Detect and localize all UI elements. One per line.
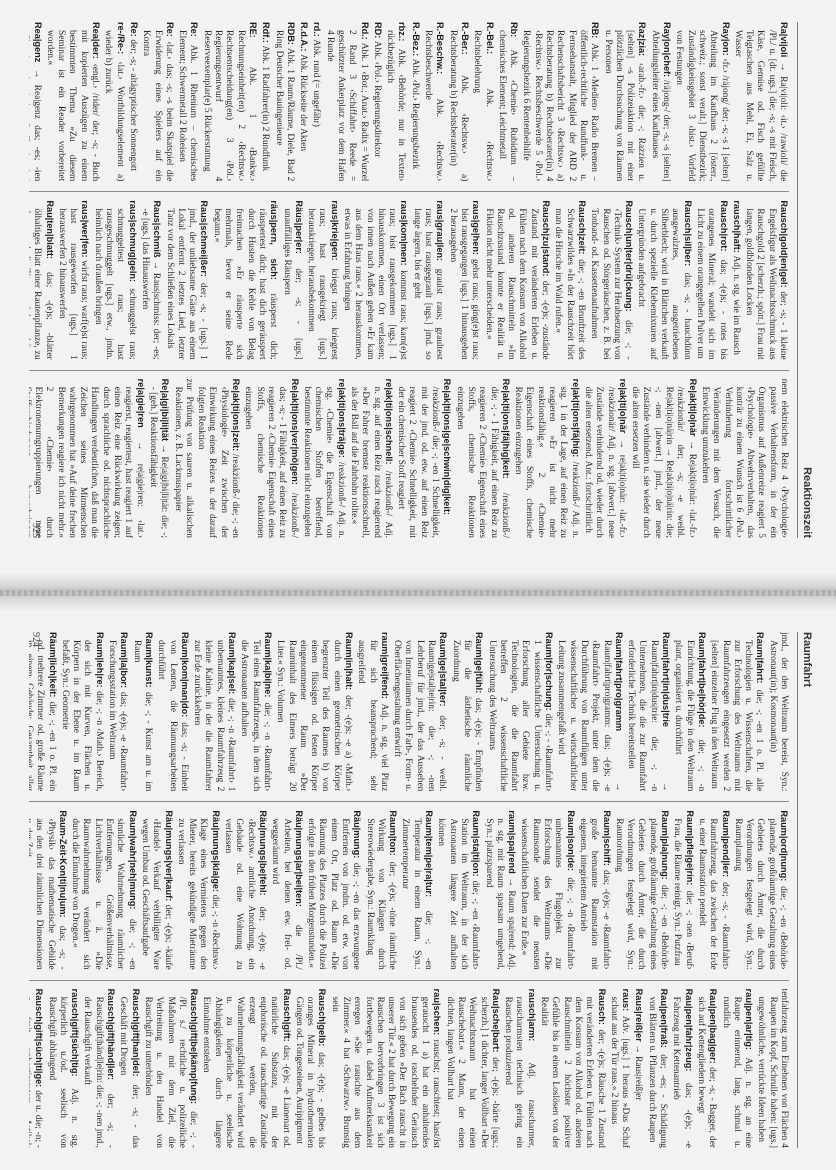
headword: RDB: (286, 22, 296, 48)
dictionary-entry: re|ak|ti|ons|trä|ge: /reakzionß-/ Adj. n… (301, 379, 347, 538)
dictionary-entry: Re|ak|ti|ons|ver|mö|gen: /reakzionß-/ da… (242, 379, 299, 538)
dictionary-entry: Re: Abk. 1 Rhenium – chemisches Element;… (176, 22, 200, 181)
headword: Rausch|un|ter|drü|ckung: (624, 200, 634, 320)
headword: rausch|arm: (527, 989, 537, 1063)
dictionary-entry: Räu|mungs|ar|bei|ten: die /Pl./ Arbeiten… (269, 810, 304, 969)
dictionary-entry: rausch|gift|süch|tig: Adj. n. stg. körpe… (45, 989, 80, 1148)
definition: /reakzionß-/ die; -; -en 1 Schnelligkeit… (396, 387, 440, 538)
dictionary-entry: tenfahrzeug zum Einebnen von Flächen 4 R… (755, 989, 789, 1148)
page-content: Raumfahrt jmd., der den Weltraum bereist… (26, 632, 816, 1148)
headword: rausch|haft: (732, 200, 742, 255)
headword: Rau|ten|blatt: (45, 200, 55, 272)
dictionary-entry: Re|ak|ti|ons|ge|schwin|dig|keit: /reakzi… (395, 379, 452, 538)
definition: Abk. 1 Raum/Räume, Diele, Bad 2 Ring Deu… (274, 30, 295, 181)
dictionary-entry: Räus|per|er: der; -s; - [ugs.] unauffäll… (280, 200, 304, 359)
dictionary-entry: raus|ge|hen: gehst raus; ging(e)st raus;… (446, 200, 481, 359)
dictionary-entry: Raus|schmei|ßer: der; -s; - [ugs.] 1 jmd… (163, 200, 209, 359)
dictionary-entry: Ra|vi|oli → Ra|vi|oli: ‹it.› /rawioli/ d… (732, 22, 789, 181)
dictionary-entry: Raum|fahrt|in|dus|trie → Raum|fahrt|in|d… (625, 632, 671, 791)
definition: Abk. rund (= ungefähr) (311, 39, 321, 127)
dictionary-entry: Raum|fahrt|be|hör|de: die; -; -n Einrich… (672, 632, 707, 791)
dictionary-entry: R.-Ber.: Abk. ‹Rechtsw.› a) Rechtsberatu… (446, 22, 470, 181)
definition: Abk. 1 Rhenium – chemisches Element; Sch… (177, 30, 198, 181)
headword: rbz.: (398, 22, 408, 49)
headword: Raum|sta|ti|on: (471, 810, 481, 880)
dictionary-entry: Raum|wahr|neh|mung: die; -; -en sinnlich… (69, 810, 138, 969)
headword: raus|schmug|geln: (128, 200, 138, 288)
headword: Raum|ge|fühl: (474, 632, 484, 698)
headword: Raum|ton: (388, 810, 398, 861)
column-2: Rausch|gold|en|gel: der; -s; - 1 kleine … (29, 191, 789, 359)
definition: Abk. 1 ‹Medien› Radio Bremen – öffentlic… (521, 30, 599, 181)
running-head: Raumfahrt (797, 632, 816, 1148)
headword: Re|ak|ti|ons|fä|hig|keit: (501, 379, 511, 493)
dictionary-entry: RB: Abk. 1 ‹Medien› Radio Bremen – öffen… (520, 22, 600, 181)
dictionary-entry: raus|wer|fen: wirfst raus; warf(e)st rau… (56, 200, 91, 359)
dictionary-entry: Rau|sche|bart: der; -(e)s; -bärte [ugs.;… (443, 989, 500, 1148)
dictionary-entry: rau|schen: rauschst; rauschtest; hast/is… (328, 989, 442, 1148)
headword: Rausch|gift|be|kämp|fung: (189, 989, 199, 1112)
dictionary-entry: Rausch|rot: das; -(e)s; - rotes bis oran… (694, 200, 729, 359)
dictionary-entry: Raum|ka|bi|ne: die; -; -n ‹Raumfahrt› Te… (238, 632, 273, 791)
dictionary-entry: RDB: Abk. 1 Raum/Räume, Diele, Bad 2 Rin… (272, 22, 296, 181)
dictionary-entry: Raum|leh|re: die; -; -n ‹Math.› Bereich,… (59, 632, 105, 791)
headword: Rau|pen|fraß: (659, 989, 669, 1055)
dictionary-entry: Rea|genz → Rea|genz das; -es; -ien ‹Chem… (29, 22, 43, 181)
headword: Re|a|gi|bi|li|tät (160, 379, 170, 445)
dictionary-entry: zur Prüfung von sauren u. alkalischen Re… (171, 379, 194, 538)
headword: Raus|reiß|er (634, 989, 644, 1045)
headword: Rd.: (360, 22, 370, 43)
dictionary-entry: Rea|der: ‹engl.› /rider/ der; -s; - Buch… (44, 22, 101, 181)
headword: Rausch|sil|ber: (683, 200, 693, 272)
headword: Rausch|gelb: (317, 989, 327, 1053)
dictionary-entry: re-/Re-: ‹lat.› Wortbildungselement a) w… (102, 22, 126, 181)
headword: R.-Beschw.: (435, 22, 445, 99)
dictionary-entry: Raum|pla|nung: die; -; -en ‹Behörde› pla… (613, 810, 670, 969)
page-number: 924 (30, 632, 41, 647)
headword: rau|pen|ar|tig: (744, 989, 754, 1058)
column-2: Raum|ord|nung: die; -; -en ‹Behörde› pla… (29, 801, 789, 969)
headword: Räu|mung: (352, 810, 362, 863)
page-number: 925 (30, 523, 41, 538)
headword: Raum|kap|sel: (227, 632, 237, 698)
definition: ‹lat.› das; -s; -s beim Skatspiel die Er… (141, 30, 174, 181)
dictionary-entry: rau|pen|ar|tig: Adj. n. stg. an eine Rau… (719, 989, 754, 1148)
dictionary-entry: Ray|on: ‹fr.› /räjong/ der; -s; -s 1 [se… (673, 22, 730, 181)
headword: Rausch|gift|süch|ti|ge: (34, 989, 44, 1091)
headword: re|ak|ti|ons|fä|hig: (571, 379, 581, 462)
dictionary-entry: Raum|son|de: die; -; -n ‹Raumfahrt› unbe… (518, 810, 575, 969)
headword: raus|ge|hen: (471, 200, 481, 259)
scanned-dictionary-spread: Reaktionszeit Ra|vi|oli → Ra|vi|oli: ‹it… (0, 0, 836, 1170)
headword: Räu|mungs|ar|bei|ten: (294, 810, 304, 925)
column-1: jmd., der den Weltraum bereist, Syn.: As… (29, 632, 789, 791)
dictionary-entry: Re|ak|ti|ons|fä|hig|keit: /reakzionß-/ d… (453, 379, 510, 538)
dictionary-entry: Raum|in|halt: der; -(e)s; -e a) ‹Math.› … (274, 632, 354, 791)
dictionary-entry: Rausch|gift|be|kämp|fung: die; -; - /Pl.… (142, 989, 199, 1148)
headword: Raum|fahrt|pro|gramm (614, 632, 624, 782)
dictionary-entry: nem elektrischen Reiz 4 ‹Psychologie› pa… (699, 379, 789, 538)
headword: rau|schen: (432, 989, 442, 1040)
headword: Raum|ka|bi|ne: (263, 632, 273, 703)
headword: Raum|leh|re: (95, 632, 105, 691)
dictionary-entry: Raum|sta|ti|on: die; -; -en ‹Raumfahrt› … (435, 810, 481, 969)
dictionary-entry: Rausch|un|ter|drü|ckung: die; -; - ‹Tech… (588, 200, 634, 359)
text-columns: jmd., der den Weltraum bereist, Syn.: As… (29, 632, 789, 1148)
dictionary-entry: Rausch|zu|stand: der; -(e)s; -zustände Z… (482, 200, 551, 359)
headword: raum|spa|rend (507, 810, 517, 877)
headword: Rdf.: (261, 22, 271, 45)
dictionary-entry: Rau|pen|bag|ger: der; -s; - Bagger, der … (695, 989, 719, 1148)
dictionary-entry: raus|kom|men: kommst raus; kam(e)st raus… (341, 200, 410, 359)
headword: Re|ak|ti|ons|ge|schwin|dig|keit: (442, 379, 452, 515)
definition: Abk. 1 ‹Bot.; Anat.› Radix = Wurzel 2 Ra… (325, 30, 369, 181)
headword: Raum|pfle|ge|rin: (685, 810, 695, 890)
definition: zur Prüfung von sauren u. alkalischen Re… (173, 379, 194, 538)
headword: R.d.A.: (299, 22, 309, 54)
headword: re|ak|ti|ons|schnell: (384, 379, 394, 471)
dictionary-page-925: Reaktionszeit Ra|vi|oli → Ra|vi|oli: ‹it… (0, 0, 836, 560)
dictionary-entry: R.-Bel.: Abk. ‹Rechtsw.› Rechtsbelehrung (471, 22, 495, 181)
headword: Räu|mungs|kla|ge: (211, 810, 221, 894)
headword: rd.: (312, 22, 322, 39)
dictionary-entry: Räum|kom|man|do: das; -s; - Einheit von … (155, 632, 190, 791)
headword: Raum|ord|nung: (779, 810, 789, 886)
headword: Raum|tem|pe|ra|tur: (424, 810, 434, 911)
running-head: Reaktionszeit (797, 22, 816, 538)
dictionary-entry: Raum|ton: der; -(e)s; -töne räumliche Wi… (363, 810, 398, 969)
headword: re|ak|ti|o|när (618, 379, 628, 440)
definition: Abk. 1 Radfahrer(in) 2 Rundfunk (260, 45, 270, 171)
dictionary-entry: Rausch: der; -(e)s; Räusche 1 Zustand mi… (538, 989, 607, 1148)
dictionary-entry: Re: ‹lat.› das; -s; -s beim Skatspiel di… (140, 22, 175, 181)
dictionary-entry: Rd.: Abk. 1 ‹Bot.; Anat.› Radix = Wurzel… (323, 22, 369, 181)
dictionary-entry: re|ak|ti|ons|schnell: /reakzionß-/ Adj. … (348, 379, 394, 538)
headword: R.-Bel.: (485, 22, 495, 88)
dictionary-entry: Raum|schiff: das; -(e)s; -e ‹Raumfahrt› … (577, 810, 612, 969)
headword: re|ak|ti|ons|trä|ge: (337, 379, 347, 462)
dictionary-entry: Rausch|gold|en|gel: der; -s; - 1 kleine … (743, 200, 789, 359)
headword: Räum|lich|keit: (48, 632, 58, 702)
headword: Re: (129, 22, 139, 39)
gutter-shadow (0, 590, 836, 596)
definition: tenfahrzeug zum Einebnen von Flächen 4 R… (756, 989, 789, 1148)
headword: Rb: (509, 22, 519, 49)
definition: Adj. n. stg. wie im Rausch (731, 255, 741, 354)
headword: re-/Re-: (116, 22, 126, 62)
headword: Raus|schmei|ßer: (199, 200, 209, 283)
dictionary-entry: rbz.: Abk. ‹Behörde; nur in Texten› rück… (384, 22, 408, 181)
headword: R.-Ber.: (460, 22, 470, 75)
headword: R.-Bez.: (411, 22, 421, 59)
dictionary-entry: Raum|fahrt|pro|gramm → Raum|fahrt|pro|gr… (555, 632, 624, 791)
headword: Raum|la|bor: (119, 632, 129, 692)
dictionary-entry: Re|ak|ti|o|när → Re|ak|ti|o|när: ‹lat.-f… (629, 379, 698, 538)
headword: Rea|genz (33, 22, 43, 69)
text-columns: Ra|vi|oli → Ra|vi|oli: ‹it.› /rawioli/ d… (29, 22, 789, 538)
definition: der; -s; - altägyptischer Sonnengott (128, 39, 138, 171)
headword: Raum|fahrt|in|dus|trie (661, 632, 671, 782)
definition: → Raus|reiß|er (633, 1044, 643, 1100)
dictionary-entry: Raum|tem|pe|ra|tur: die; -; -en Temperat… (399, 810, 434, 969)
headword: Rea|der: (91, 22, 101, 64)
headword: Raum|ge|stal|ter: (438, 632, 448, 715)
headword: Raum|pla|nung: (660, 810, 670, 885)
dictionary-entry: Rdf.: Abk. 1 Radfahrer(in) 2 Rundfunk (259, 22, 271, 181)
headword: Re|ak|ti|o|när (688, 379, 698, 441)
headword: Ray|on|chef: (662, 22, 672, 80)
definition: rauschst; rauschtest; hast/ist gerauscht… (330, 997, 442, 1148)
headword: Rau|pen|bag|ger: (708, 989, 718, 1068)
dictionary-entry: Räu|mungs|be|fehl: der; -(e)s; -e ‹Recht… (222, 810, 268, 969)
headword: Raum|fahrt: (755, 632, 765, 690)
headword: Raus|schmiß (152, 200, 162, 260)
dictionary-entry: RD: Abk. ‹Pol.› Regierungsdirektor (371, 22, 383, 181)
dictionary-entry: R.-Beschw.: Abk. ‹Rechtsw.› Rechtsbeschw… (422, 22, 446, 181)
headword: raus: (621, 989, 631, 1016)
dictionary-entry: raus|krie|gen: kriegst raus; kriegtest r… (305, 200, 340, 359)
dictionary-entry: Räu|mungs|ver|kauf: der; -(e)s; -käufe ‹… (139, 810, 174, 969)
dictionary-entry: Rb: Abk. ‹Chemie› Rubidium – chemisches … (496, 22, 520, 181)
column-3: tenfahrzeug zum Einebnen von Flächen 4 R… (29, 980, 789, 1148)
headword: RE: (248, 22, 258, 67)
headword: Rausch: (597, 989, 607, 1030)
definition: Abk. ‹Behörde; nur in Texten› rückbezügl… (385, 30, 406, 181)
dictionary-entry: Raum|ge|stal|ter: der; -s; - weibl. Raum… (391, 632, 448, 791)
headword: Re: (189, 22, 199, 45)
dictionary-entry: Rausch|gift|han|del: der; -s; - das Gesc… (117, 989, 141, 1148)
headword: raus|kom|men: (400, 200, 410, 270)
headword: Raum|pend|ler: (721, 810, 731, 882)
headword: re|a|gie|ren (136, 379, 146, 442)
headword: Raz|zia: (637, 22, 647, 63)
headword: Re: (165, 22, 175, 41)
dictionary-entry: re|a|gie|ren → re|a|gie|ren: ‹lat.› reag… (29, 379, 146, 538)
headword: Rausch|gold|en|gel: (779, 200, 789, 291)
headword: räus|pern, sich: (269, 200, 279, 293)
headword: Re|ak|ti|ons|ver|mö|gen: (290, 379, 300, 493)
headword: Rausch|zu|stand: (541, 200, 551, 281)
dictionary-entry: RE: Abk. 1 ‹Bankw.› Rechnungseinheit(en)… (200, 22, 257, 181)
dictionary-entry: raum|grei|fend: Adj. n. stg. viel Platz … (355, 632, 390, 791)
dictionary-entry: Raz|zia: ‹arab.-fr.› die; -; Razzien u. … (601, 22, 647, 181)
headword: RB: (590, 22, 600, 43)
definition: Adv. [ugs.] 1 heraus »Das Schaf schaut a… (609, 997, 630, 1148)
dictionary-entry: Re: der; -s; - altägyptischer Sonnengott (127, 22, 139, 181)
headword: Räum|kom|man|do: (180, 632, 190, 722)
dictionary-entry: Raum|fahrt: die; -; -en 1 o. Pl. alle Te… (708, 632, 765, 791)
dictionary-page-924: Raumfahrt jmd., der den Weltraum bereist… (0, 610, 836, 1170)
definition: nem elektrischen Reiz 4 ‹Psychologie› pa… (700, 379, 789, 538)
dictionary-entry: raus|schmug|geln: schmuggelst raus; schm… (91, 200, 137, 359)
page-content: Reaktionszeit Ra|vi|oli → Ra|vi|oli: ‹it… (26, 22, 816, 538)
dictionary-entry: Raum|for|schung: die; -; - ‹Raumfahrt› 1… (485, 632, 554, 791)
dictionary-entry: Rau|ten|blatt: das; -(e)s; -blätter ölha… (29, 200, 55, 359)
headword: Raum|in|halt: (344, 632, 354, 695)
headword: Raum|for|schung: (544, 632, 554, 714)
dictionary-entry: raus|grau|len: graulst raus; graultest r… (411, 200, 446, 359)
headword: Rau|sche|bart: (491, 989, 501, 1058)
headword: Räu|mungs|ver|kauf: (164, 810, 174, 904)
headword: Raum|schiff: (602, 810, 612, 870)
dictionary-entry: Raum|ge|fühl: das; -(e)s; - Empfinden fü… (449, 632, 484, 791)
definition: → re|a|gie|ren: ‹lat.› reagierst, reagie… (29, 387, 145, 538)
dictionary-entry: Rausch|gelb: das; -(e)s; - gelbes bis or… (293, 989, 328, 1148)
headword: Raum|son|de: (566, 810, 576, 877)
dictionary-entry: jmd., der den Weltraum bereist, Syn.: As… (766, 632, 789, 791)
dictionary-entry: Raum|pfle|ge|rin: die; -; -nen ‹Beruf› F… (671, 810, 695, 969)
dictionary-entry: Rausch|gift|süch|ti|ge: der u. die; -n; … (29, 989, 44, 1148)
dictionary-entry: raus: Adv. [ugs.] 1 heraus »Das Schaf sc… (608, 989, 632, 1148)
headword: rausch|gift|süch|tig: (70, 989, 80, 1089)
dictionary-entry: raum|spa|rend → Raum spa|rend: Adj. n. s… (482, 810, 517, 969)
dictionary-entry: rausch|haft: Adj. n. stg. wie im Rausch (730, 200, 742, 359)
headword: Raum|wahr|neh|mung: (128, 810, 138, 919)
dictionary-entry: Raus|reiß|er → Raus|reiß|er (632, 989, 644, 1148)
dictionary-entry: Raum-Zeit-Kon|ti|nu|um: das; -s; - ‹Phys… (29, 810, 68, 969)
dictionary-entry: Re|ak|ti|ons|zeit: /reakzionß-/ die; -; … (195, 379, 241, 538)
headword: raus|wer|fen: (80, 200, 90, 260)
dictionary-entry: Raum|pend|ler: der; -s; - ‹Raumfahrt› Ra… (696, 810, 731, 969)
dictionary-entry: Raum|la|bor: das; -(e)s; -e ‹Raumfahrt› … (106, 632, 130, 791)
headword: Rausch|rot: (719, 200, 729, 259)
dictionary-entry: Räum|lich|keit: die; -; -en 1 o. Pl. ein… (29, 632, 58, 791)
dictionary-entry: Rausch|gift: das; -(e)s; -e Lianenart od… (200, 989, 291, 1148)
dictionary-entry: rd.: Abk. rund (= ungefähr) (310, 22, 322, 181)
headword: Rausch|zeit: (577, 200, 587, 259)
dictionary-entry: Rausch|sil|ber: das; -s; - hauchdünn aus… (635, 200, 692, 359)
headword: Rau|pen|fahr|zeug: (684, 989, 694, 1083)
dictionary-entry: Ray|on|chef: /räjong-/ der; -s; -s [selt… (648, 22, 672, 181)
definition: Abk. ‹Chemie› Rubidium – chemisches Elem… (497, 30, 518, 181)
dictionary-entry: R.d.A.: Abk. Rückseite der Akten (297, 22, 309, 181)
headword: Rausch|gift|han|del: (131, 989, 141, 1085)
headword: Räu|mungs|be|fehl: (258, 810, 268, 906)
headword: Räus|per|er: (294, 200, 304, 268)
headword: Raum-Zeit-Kon|ti|nu|um: (58, 810, 68, 926)
dictionary-entry: Rau|pen|fahr|zeug: das; -(e)s; -e Fahrze… (670, 989, 694, 1148)
headword: Re|ak|ti|ons|zeit: (231, 379, 241, 454)
dictionary-entry: re|ak|ti|o|när → re|ak|ti|o|när: ‹lat.-f… (582, 379, 628, 538)
dictionary-entry: Rausch|gift|händ|ler: der; -s; - Rausch|… (81, 989, 116, 1148)
dictionary-entry: Re|a|gi|bi|li|tät → Re|a|gi|bi|li|tät: d… (147, 379, 171, 538)
column-3: nem elektrischen Reiz 4 ‹Psychologie› pa… (29, 370, 789, 538)
definition: jmd., der den Weltraum bereist, Syn.: As… (768, 632, 789, 791)
definition: Abk. Rückseite der Akten (298, 54, 308, 151)
dictionary-entry: Raus|schmiß → Raus|schmiss: der; -es; -e… (139, 200, 163, 359)
dictionary-entry: Räu|mung: die; -; -en das erzwungene Ent… (305, 810, 362, 969)
headword: Raum|fahrt|be|hör|de: (697, 632, 707, 740)
headword: raum|grei|fend: (380, 632, 390, 704)
dictionary-entry: Raum|ord|nung: die; -; -en ‹Behörde› pla… (732, 810, 789, 969)
headword: RD: (373, 22, 383, 41)
dictionary-entry: räus|pern, sich: räusperst dich; räusper… (210, 200, 279, 359)
definition: der; -(e)s; -e a) ‹Math.› durch einen ge… (275, 640, 353, 791)
headword: Ray|on: (721, 22, 731, 59)
headword: Rausch|gift: (282, 989, 292, 1046)
dictionary-entry: R.-Bez.: Abk. ‹Pol.› Regierungsbezirk (409, 22, 421, 181)
column-1: Ra|vi|oli → Ra|vi|oli: ‹it.› /rawioli/ d… (29, 22, 789, 181)
headword: Raum|kunst: (144, 632, 154, 692)
dictionary-entry: re|ak|ti|ons|fä|hig: /reakzionß-/ Adj. n… (512, 379, 581, 538)
definition: Abk. ‹Pol.› Regierungsdirektor (372, 41, 382, 158)
headword: Rausch|gift|händ|ler: (106, 989, 116, 1094)
dictionary-entry: Rausch|zeit: die; -; -en Brunftzeit des … (552, 200, 587, 359)
dictionary-entry: Raum|kunst: die; -; - Kunst am u. im Rau… (130, 632, 154, 791)
dictionary-entry: rausch|arm: Adj. rauscharmer, rauscharms… (502, 989, 537, 1148)
dictionary-entry: Räu|mungs|kla|ge: die; -; -n ‹Rechtsw.› … (175, 810, 221, 969)
headword: Ra|vi|oli (779, 22, 789, 62)
dictionary-entry: Rau|pen|fraß: der; -es; - Schädigung von… (645, 989, 669, 1148)
headword: raus|krie|gen: (330, 200, 340, 268)
dictionary-entry: Raum|kap|sel: die; -; -n ‹Raumfahrt› 1 u… (191, 632, 237, 791)
headword: raus|grau|len: (435, 200, 445, 268)
definition: Abk. ‹Pol.› Regierungsbezirk (410, 59, 420, 169)
definition: das; -(e)s; -e Lianenart od. natürliche … (201, 997, 290, 1148)
